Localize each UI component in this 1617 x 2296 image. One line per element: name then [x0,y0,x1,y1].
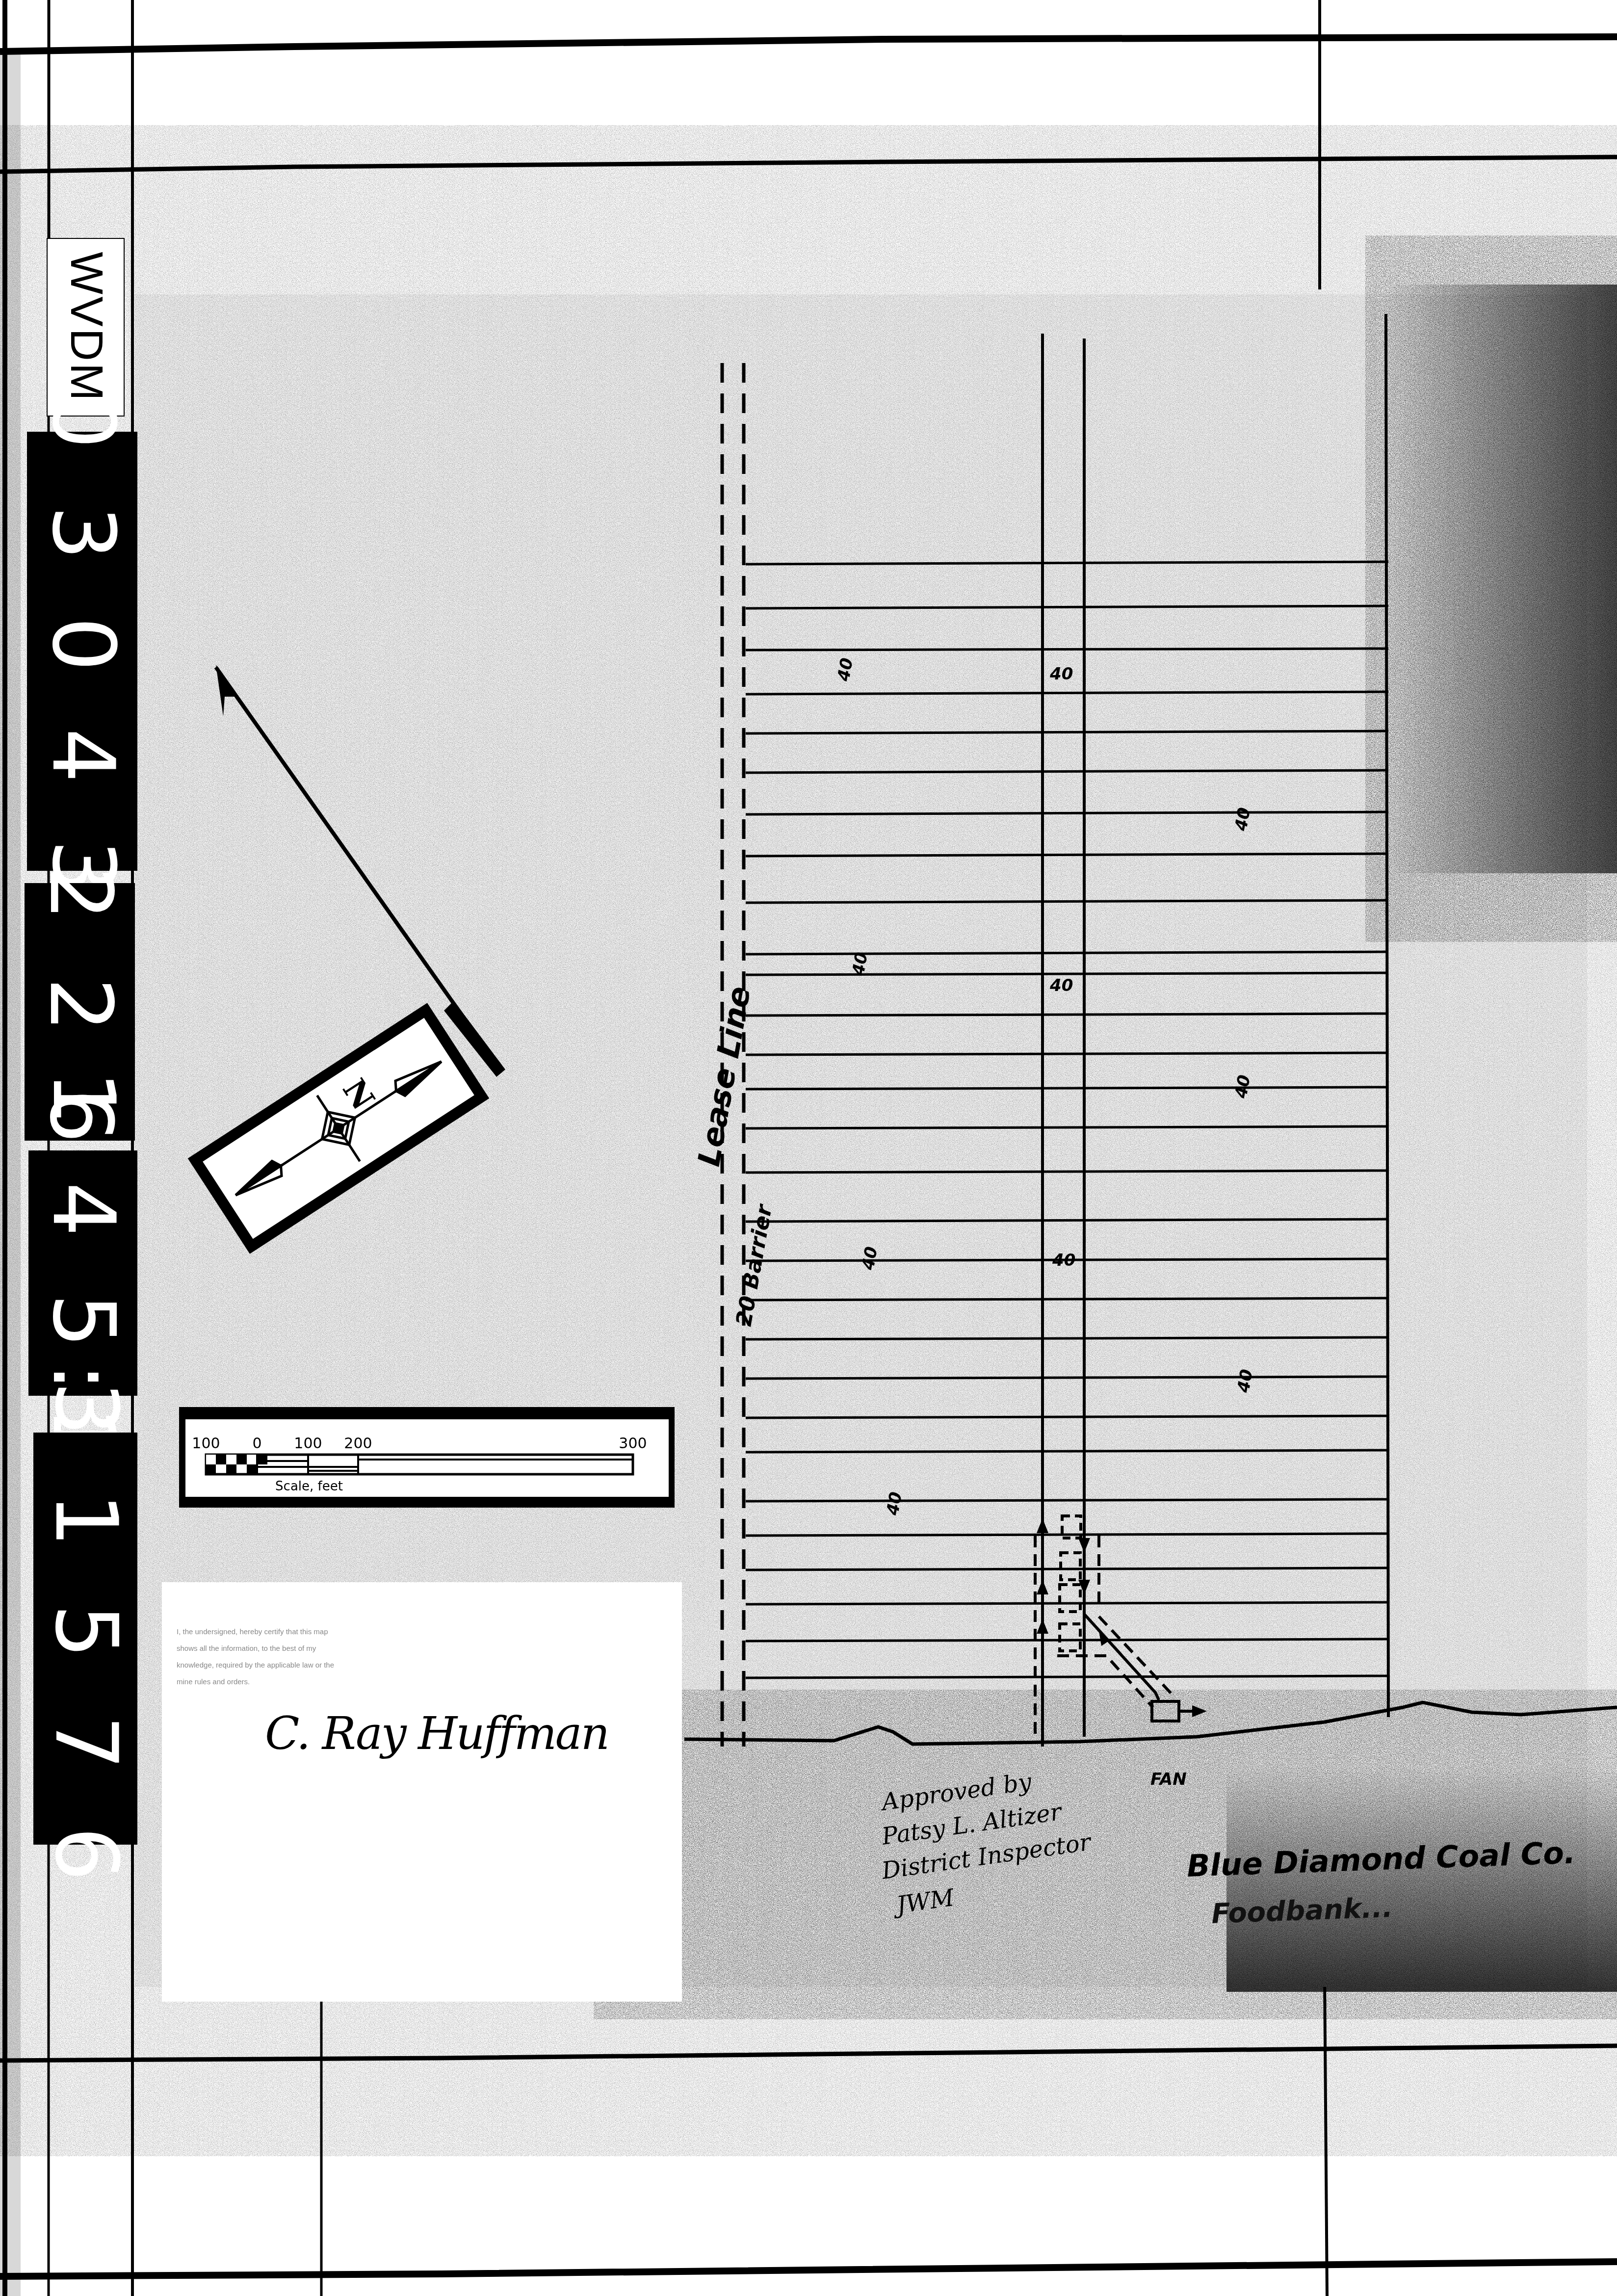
cert-line: knowledge, required by the applicable la… [177,1657,451,1674]
cert-line: mine rules and orders. [177,1674,451,1691]
scale-tick: 100 [294,1435,322,1452]
width-label: 40 [848,951,872,978]
scale-tick: 0 [252,1435,261,1452]
scale-tick: 200 [344,1435,372,1452]
card-id-block-3: 1 4 5:1 [28,1150,137,1396]
card-label: WVDM [47,238,125,417]
width-label: 40 [1233,1368,1257,1395]
width-label: 40 [834,656,857,683]
scale-caption: Scale, feet [275,1479,343,1494]
fan-label: FAN [1150,1770,1187,1789]
mine-name: Foodbank... [1211,1892,1393,1930]
card-id-digits: 0 3 0 4 3 [32,394,132,909]
cert-line: I, the undersigned, hereby certify that … [177,1624,451,1641]
scale-tick: 300 [619,1435,647,1452]
width-label: 40 [1052,1251,1075,1270]
width-label: 40 [1049,976,1073,995]
width-label: 40 [1049,664,1073,684]
width-label: 40 [883,1490,906,1517]
width-label: 40 [858,1245,882,1272]
width-label: 40 [1231,806,1254,833]
scale-bar: 100 0 100 200 300 Scale, feet [179,1407,675,1508]
card-id-block-4: 3 1 5 7 6 [33,1433,137,1845]
card-label-text: WVDM [60,252,111,402]
card-id-digits: 3 1 5 7 6 [36,1381,135,1896]
card-id-block-1: 0 3 0 4 3 [27,432,137,871]
certification-text: I, the undersigned, hereby certify that … [177,1624,451,1691]
certification-box: I, the undersigned, hereby certify that … [162,1582,682,2002]
signature: C. Ray Huffman [265,1707,608,1760]
width-label: 40 [1231,1073,1254,1100]
scale-tick: 100 [192,1435,220,1452]
cert-line: shows all the information, to the best o… [177,1641,451,1657]
